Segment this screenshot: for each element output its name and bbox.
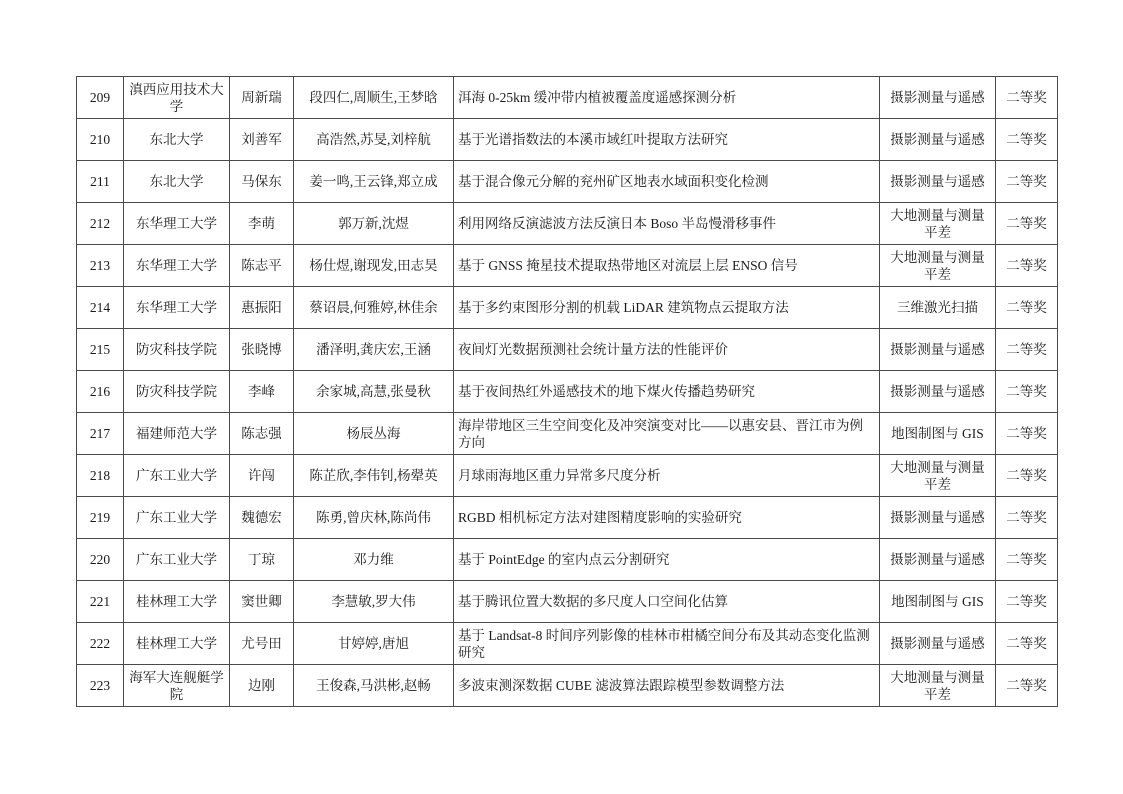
table-row: 219 广东工业大学 魏德宏 陈勇,曾庆林,陈尚伟 RGBD 相机标定方法对建图… (77, 497, 1058, 539)
advisor-name: 李峰 (230, 371, 294, 413)
project-category: 大地测量与测量平差 (880, 203, 996, 245)
entry-number: 221 (77, 581, 124, 623)
school-name: 广东工业大学 (124, 497, 230, 539)
school-name: 福建师范大学 (124, 413, 230, 455)
award-level: 二等奖 (996, 665, 1058, 707)
team-members: 蔡诏晨,何雅婷,林佳余 (294, 287, 454, 329)
award-level: 二等奖 (996, 329, 1058, 371)
entry-number: 215 (77, 329, 124, 371)
project-category: 摄影测量与遥感 (880, 539, 996, 581)
award-level: 二等奖 (996, 413, 1058, 455)
school-name: 防灾科技学院 (124, 329, 230, 371)
table-row: 213 东华理工大学 陈志平 杨仕煜,谢现发,田志昊 基于 GNSS 掩星技术提… (77, 245, 1058, 287)
entry-number: 213 (77, 245, 124, 287)
school-name: 东华理工大学 (124, 245, 230, 287)
project-title: 基于多约束图形分割的机载 LiDAR 建筑物点云提取方法 (454, 287, 880, 329)
school-name: 滇西应用技术大学 (124, 77, 230, 119)
project-title: 洱海 0-25km 缓冲带内植被覆盖度遥感探测分析 (454, 77, 880, 119)
project-title: 基于 PointEdge 的室内点云分割研究 (454, 539, 880, 581)
team-members: 郭万新,沈煜 (294, 203, 454, 245)
team-members: 王俊森,马洪彬,赵畅 (294, 665, 454, 707)
school-name: 桂林理工大学 (124, 581, 230, 623)
advisor-name: 许闯 (230, 455, 294, 497)
project-title: 基于 Landsat-8 时间序列影像的桂林市柑橘空间分布及其动态变化监测研究 (454, 623, 880, 665)
team-members: 余家城,高慧,张曼秋 (294, 371, 454, 413)
project-title: 基于光谱指数法的本溪市域红叶提取方法研究 (454, 119, 880, 161)
team-members: 李慧敏,罗大伟 (294, 581, 454, 623)
school-name: 东华理工大学 (124, 203, 230, 245)
table-row: 217 福建师范大学 陈志强 杨辰丛海 海岸带地区三生空间变化及冲突演变对比——… (77, 413, 1058, 455)
team-members: 杨仕煜,谢现发,田志昊 (294, 245, 454, 287)
school-name: 东华理工大学 (124, 287, 230, 329)
project-category: 摄影测量与遥感 (880, 161, 996, 203)
school-name: 广东工业大学 (124, 455, 230, 497)
team-members: 甘婷婷,唐旭 (294, 623, 454, 665)
entry-number: 211 (77, 161, 124, 203)
table-row: 215 防灾科技学院 张晓博 潘泽明,龚庆宏,王涵 夜间灯光数据预测社会统计量方… (77, 329, 1058, 371)
entry-number: 212 (77, 203, 124, 245)
project-title: 海岸带地区三生空间变化及冲突演变对比——以惠安县、晋江市为例方向 (454, 413, 880, 455)
team-members: 段四仁,周顺生,王梦晗 (294, 77, 454, 119)
team-members: 陈勇,曾庆林,陈尚伟 (294, 497, 454, 539)
team-members: 潘泽明,龚庆宏,王涵 (294, 329, 454, 371)
table-row: 221 桂林理工大学 窦世卿 李慧敏,罗大伟 基于腾讯位置大数据的多尺度人口空间… (77, 581, 1058, 623)
advisor-name: 丁琼 (230, 539, 294, 581)
project-category: 摄影测量与遥感 (880, 371, 996, 413)
award-level: 二等奖 (996, 497, 1058, 539)
document-page: 209 滇西应用技术大学 周新瑞 段四仁,周顺生,王梦晗 洱海 0-25km 缓… (0, 0, 1123, 794)
award-level: 二等奖 (996, 581, 1058, 623)
entry-number: 216 (77, 371, 124, 413)
advisor-name: 李萌 (230, 203, 294, 245)
project-title: 夜间灯光数据预测社会统计量方法的性能评价 (454, 329, 880, 371)
entry-number: 209 (77, 77, 124, 119)
project-category: 地图制图与 GIS (880, 581, 996, 623)
advisor-name: 窦世卿 (230, 581, 294, 623)
award-level: 二等奖 (996, 455, 1058, 497)
advisor-name: 陈志平 (230, 245, 294, 287)
project-category: 地图制图与 GIS (880, 413, 996, 455)
advisor-name: 惠振阳 (230, 287, 294, 329)
advisor-name: 刘善军 (230, 119, 294, 161)
table-row: 218 广东工业大学 许闯 陈芷欣,李伟钊,杨翚英 月球雨海地区重力异常多尺度分… (77, 455, 1058, 497)
award-level: 二等奖 (996, 623, 1058, 665)
advisor-name: 马保东 (230, 161, 294, 203)
table-row: 222 桂林理工大学 尤号田 甘婷婷,唐旭 基于 Landsat-8 时间序列影… (77, 623, 1058, 665)
school-name: 东北大学 (124, 161, 230, 203)
project-title: 月球雨海地区重力异常多尺度分析 (454, 455, 880, 497)
award-level: 二等奖 (996, 161, 1058, 203)
advisor-name: 魏德宏 (230, 497, 294, 539)
table-row: 210 东北大学 刘善军 高浩然,苏旻,刘梓航 基于光谱指数法的本溪市域红叶提取… (77, 119, 1058, 161)
team-members: 邓力维 (294, 539, 454, 581)
team-members: 高浩然,苏旻,刘梓航 (294, 119, 454, 161)
advisor-name: 周新瑞 (230, 77, 294, 119)
project-title: 基于夜间热红外遥感技术的地下煤火传播趋势研究 (454, 371, 880, 413)
table-row: 216 防灾科技学院 李峰 余家城,高慧,张曼秋 基于夜间热红外遥感技术的地下煤… (77, 371, 1058, 413)
table-row: 220 广东工业大学 丁琼 邓力维 基于 PointEdge 的室内点云分割研究… (77, 539, 1058, 581)
table-row: 223 海军大连舰艇学院 边刚 王俊森,马洪彬,赵畅 多波束测深数据 CUBE … (77, 665, 1058, 707)
award-level: 二等奖 (996, 119, 1058, 161)
project-category: 大地测量与测量平差 (880, 665, 996, 707)
entry-number: 220 (77, 539, 124, 581)
project-category: 三维激光扫描 (880, 287, 996, 329)
team-members: 杨辰丛海 (294, 413, 454, 455)
entry-number: 214 (77, 287, 124, 329)
school-name: 防灾科技学院 (124, 371, 230, 413)
table-row: 212 东华理工大学 李萌 郭万新,沈煜 利用网络反演滤波方法反演日本 Boso… (77, 203, 1058, 245)
advisor-name: 陈志强 (230, 413, 294, 455)
school-name: 桂林理工大学 (124, 623, 230, 665)
school-name: 广东工业大学 (124, 539, 230, 581)
table-row: 211 东北大学 马保东 姜一鸣,王云锋,郑立成 基于混合像元分解的兖州矿区地表… (77, 161, 1058, 203)
project-title: 利用网络反演滤波方法反演日本 Boso 半岛慢滑移事件 (454, 203, 880, 245)
awards-table: 209 滇西应用技术大学 周新瑞 段四仁,周顺生,王梦晗 洱海 0-25km 缓… (76, 76, 1058, 707)
project-title: 多波束测深数据 CUBE 滤波算法跟踪模型参数调整方法 (454, 665, 880, 707)
award-level: 二等奖 (996, 245, 1058, 287)
table-row: 214 东华理工大学 惠振阳 蔡诏晨,何雅婷,林佳余 基于多约束图形分割的机载 … (77, 287, 1058, 329)
team-members: 姜一鸣,王云锋,郑立成 (294, 161, 454, 203)
table-row: 209 滇西应用技术大学 周新瑞 段四仁,周顺生,王梦晗 洱海 0-25km 缓… (77, 77, 1058, 119)
project-title: RGBD 相机标定方法对建图精度影响的实验研究 (454, 497, 880, 539)
project-category: 大地测量与测量平差 (880, 245, 996, 287)
advisor-name: 边刚 (230, 665, 294, 707)
advisor-name: 尤号田 (230, 623, 294, 665)
award-level: 二等奖 (996, 287, 1058, 329)
project-category: 摄影测量与遥感 (880, 497, 996, 539)
project-category: 大地测量与测量平差 (880, 455, 996, 497)
award-level: 二等奖 (996, 77, 1058, 119)
project-category: 摄影测量与遥感 (880, 77, 996, 119)
advisor-name: 张晓博 (230, 329, 294, 371)
entry-number: 218 (77, 455, 124, 497)
entry-number: 210 (77, 119, 124, 161)
school-name: 东北大学 (124, 119, 230, 161)
award-level: 二等奖 (996, 539, 1058, 581)
award-level: 二等奖 (996, 371, 1058, 413)
project-category: 摄影测量与遥感 (880, 623, 996, 665)
award-level: 二等奖 (996, 203, 1058, 245)
school-name: 海军大连舰艇学院 (124, 665, 230, 707)
project-title: 基于 GNSS 掩星技术提取热带地区对流层上层 ENSO 信号 (454, 245, 880, 287)
entry-number: 217 (77, 413, 124, 455)
project-title: 基于腾讯位置大数据的多尺度人口空间化估算 (454, 581, 880, 623)
entry-number: 222 (77, 623, 124, 665)
entry-number: 219 (77, 497, 124, 539)
team-members: 陈芷欣,李伟钊,杨翚英 (294, 455, 454, 497)
entry-number: 223 (77, 665, 124, 707)
project-category: 摄影测量与遥感 (880, 329, 996, 371)
project-category: 摄影测量与遥感 (880, 119, 996, 161)
table-body: 209 滇西应用技术大学 周新瑞 段四仁,周顺生,王梦晗 洱海 0-25km 缓… (77, 77, 1058, 707)
project-title: 基于混合像元分解的兖州矿区地表水域面积变化检测 (454, 161, 880, 203)
